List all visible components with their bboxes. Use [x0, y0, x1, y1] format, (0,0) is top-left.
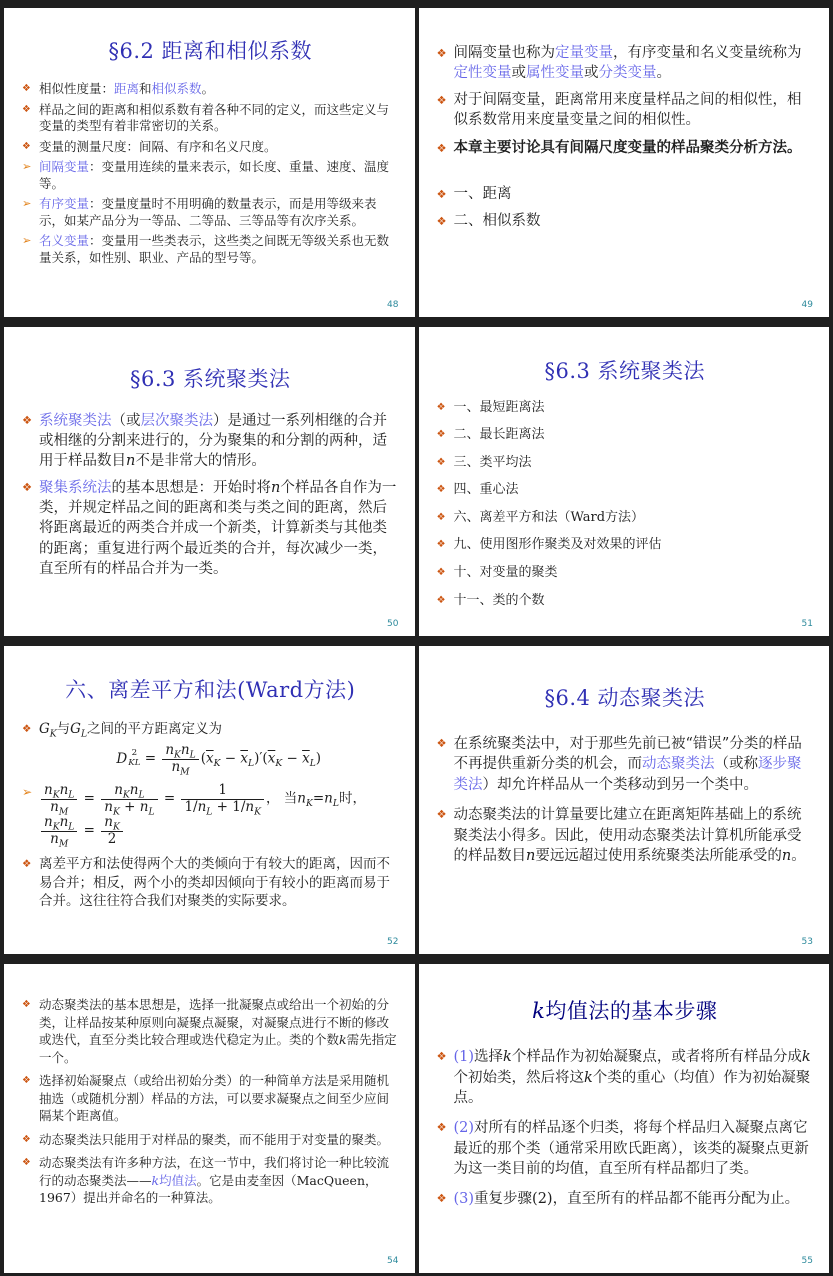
arrow-bullet-icon: ➢ [22, 196, 39, 212]
text-run: 不是非常大的情形。 [135, 453, 266, 469]
page-number: 51 [802, 619, 813, 629]
diamond-bullet-icon: ❖ [22, 102, 39, 117]
bullet-text: 选择初始凝聚点（或给出初始分类）的一种简单方法是采用随机抽选（或随机分割）样品的… [39, 1072, 399, 1125]
highlighted-term: k [152, 1173, 160, 1188]
bullet-item: ❖间隔变量也称为定量变量，有序变量和名义变量统称为定性变量或属性变量或分类变量。 [437, 44, 814, 83]
text-run: k [584, 1070, 593, 1086]
text-run: ) [316, 751, 321, 767]
highlighted-term: 均值法 [159, 1173, 197, 1188]
slide-body: ❖在系统聚类法中，对于那些先前已被“错误”分类的样品不再提供重新分类的机会，而动… [437, 734, 814, 867]
text-run: 与 [57, 721, 71, 737]
bullet-text: 对于间隔变量，距离常用来度量样品之间的相似性，相似系数常用来度量变量之间的相似性… [454, 91, 814, 130]
bullet-item: ❖九、使用图形作聚类及对效果的评估 [437, 536, 814, 554]
bullet-text: 二、最长距离法 [454, 426, 814, 444]
text-run: 时， [339, 791, 366, 807]
slide-title: §6.3 系统聚类法 [437, 355, 814, 385]
text-run: 。 [202, 81, 215, 96]
diamond-bullet-icon: ❖ [22, 478, 39, 496]
subscript: M [180, 766, 189, 777]
highlighted-term: 距离 [114, 81, 139, 96]
bullet-text: 变量的测量尺度：间隔、有序和名义尺度。 [39, 139, 399, 156]
diamond-bullet-icon: ❖ [437, 185, 454, 202]
diamond-bullet-icon: ❖ [437, 139, 454, 156]
text-run: 要远远超过使用系统聚类法所能承受的 [535, 848, 782, 864]
text-run: n [171, 759, 180, 775]
bullet-text: 离差平方和法使得两个大的类倾向于有较大的距离，因而不易合并；相反，两个小的类却因… [39, 855, 399, 911]
text-run: = [160, 791, 180, 807]
formula-line: D2KL = nKnLnM(xK − xL)′(xK − xL) [22, 743, 399, 775]
slide-49: ❖间隔变量也称为定量变量，有序变量和名义变量统称为定性变量或属性变量或分类变量。… [419, 8, 830, 317]
text-run: 均值法的基本步骤 [545, 999, 717, 1023]
bullet-text: GK与GL之间的平方距离定义为 [39, 720, 399, 739]
fraction: 11/nL + 1/nK [181, 783, 264, 815]
highlighted-term: 动态聚类法 [642, 756, 715, 772]
mean-vector-symbol: x [206, 751, 214, 767]
highlighted-term: (1) [454, 1049, 475, 1065]
text-run: §6.3 系统聚类法 [544, 359, 705, 383]
diamond-bullet-icon: ❖ [22, 1154, 39, 1170]
text-run: （或 [112, 413, 141, 429]
text-run: 一、距离 [454, 186, 512, 202]
highlighted-term: 层次聚类法 [141, 413, 214, 429]
diamond-bullet-icon: ❖ [22, 996, 39, 1012]
bullet-text: 样品之间的距离和相似系数有着各种不同的定义，而这些定义与变量的类型有着非常密切的… [39, 102, 399, 135]
slide-title: k均值法的基本步骤 [437, 995, 814, 1025]
bullet-text: 四、重心法 [454, 481, 814, 499]
highlighted-term: 定量变量 [555, 45, 613, 61]
highlighted-term: (3) [454, 1191, 475, 1207]
text-run: k [339, 1032, 347, 1047]
bullet-item: ❖样品之间的距离和相似系数有着各种不同的定义，而这些定义与变量的类型有着非常密切… [22, 102, 399, 135]
text-run: 或 [584, 65, 599, 81]
diamond-bullet-icon: ❖ [437, 481, 454, 497]
text-run: 选择 [474, 1049, 503, 1065]
diamond-bullet-icon: ❖ [437, 536, 454, 552]
text-run: n [126, 453, 135, 469]
bullet-item: ❖在系统聚类法中，对于那些先前已被“错误”分类的样品不再提供重新分类的机会，而动… [437, 734, 814, 796]
text-run: ）却允许样品从一个类移动到另一个类中。 [483, 777, 759, 793]
text-run: §6.4 动态聚类法 [544, 686, 705, 710]
diamond-bullet-icon: ❖ [437, 454, 454, 470]
fraction: nK2 [101, 815, 123, 847]
text-run: 二、相似系数 [454, 213, 541, 229]
bullet-text: 一、距离 [454, 185, 814, 205]
text-run: 二、最长距离法 [454, 427, 545, 442]
subscript: K [254, 806, 261, 817]
text-run: 选择初始凝聚点（或给出初始分类）的一种简单方法是采用随机抽选（或随机分割）样品的… [39, 1073, 389, 1123]
text-run: n [60, 782, 69, 798]
highlighted-term: 系统聚类法 [39, 413, 112, 429]
text-run: 十一、类的个数 [454, 593, 545, 608]
diamond-bullet-icon: ❖ [437, 805, 454, 823]
text-run: = [79, 791, 99, 807]
bullet-text: 系统聚类法（或层次聚类法）是通过一系列相继的合并或相继的分割来进行的，分为聚集的… [39, 411, 399, 472]
bullet-text: 本章主要讨论具有间隔尺度变量的样品聚类分析方法。 [454, 139, 814, 159]
text-run: n [44, 782, 53, 798]
text-run: k [802, 1049, 811, 1065]
highlighted-term: 定性变量 [454, 65, 512, 81]
text-run: 的基本思想是：开始时将 [112, 480, 272, 496]
text-run: n [50, 831, 59, 847]
text-run: = [140, 751, 160, 767]
slide-48: §6.2 距离和相似系数❖相似性度量：距离和相似系数。❖样品之间的距离和相似系数… [4, 8, 415, 317]
text-run: 样品之间的距离和相似系数有着各种不同的定义，而这些定义与变量的类型有着非常密切的… [39, 102, 389, 134]
fraction: nKnLnM [162, 743, 198, 775]
bullet-text: 聚集系统法的基本思想是：开始时将n个样品各自作为一类，并规定样品之间的距离和类与… [39, 478, 399, 579]
text-run: + 1/ [212, 799, 245, 815]
fraction: nKnLnK + nL [101, 783, 157, 815]
text-run: ，有序变量和名义变量统称为 [613, 45, 802, 61]
bullet-item: ❖动态聚类法的计算量要比建立在距离矩阵基础上的系统聚类法小得多。因此，使用动态聚… [437, 805, 814, 867]
text-run: 对所有的样品逐个归类，将每个样品归入凝聚点离它最近的那个类（通常采用欧氏距离），… [454, 1120, 809, 1177]
text-run: n [181, 742, 190, 758]
text-run: 个样品作为初始凝聚点，或者将所有样品分成 [512, 1049, 802, 1065]
text-run: n [104, 799, 113, 815]
bullet-text: 名义变量：变量用一些类表示，这些类之间既无等级关系也无数量关系，如性别、职业、产… [39, 233, 399, 266]
slide-title: §6.3 系统聚类法 [22, 363, 399, 393]
text-run: n [114, 782, 123, 798]
text-run: 个初始类，然后将这 [454, 1070, 585, 1086]
text-run: − [220, 751, 240, 767]
slide-title: §6.4 动态聚类法 [437, 682, 814, 712]
mean-vector-symbol: x [240, 751, 248, 767]
slide-body: ❖GK与GL之间的平方距离定义为D2KL = nKnLnM(xK − xL)′(… [22, 720, 399, 912]
page-number: 52 [387, 937, 398, 947]
text-run: n [245, 799, 254, 815]
bullet-text: (1)选择k个样品作为初始凝聚点，或者将所有样品分成k个初始类，然后将这k个类的… [454, 1047, 814, 1109]
page-number: 53 [802, 937, 813, 947]
slide-50: §6.3 系统聚类法❖系统聚类法（或层次聚类法）是通过一系列相继的合并或相继的分… [4, 327, 415, 636]
arrow-bullet-icon: ➢ [22, 783, 39, 801]
slide-51: §6.3 系统聚类法❖一、最短距离法❖二、最长距离法❖三、类平均法❖四、重心法❖… [419, 327, 830, 636]
bullet-item: ❖变量的测量尺度：间隔、有序和名义尺度。 [22, 139, 399, 156]
bullet-item: ❖十、对变量的聚类 [437, 564, 814, 582]
diamond-bullet-icon: ❖ [437, 212, 454, 229]
slide-body: ❖系统聚类法（或层次聚类法）是通过一系列相继的合并或相继的分割来进行的，分为聚集… [22, 411, 399, 579]
text-run: 。 [657, 65, 672, 81]
text-run: − [282, 751, 302, 767]
bullet-text: 一、最短距离法 [454, 399, 814, 417]
diamond-bullet-icon: ❖ [437, 592, 454, 608]
diamond-bullet-icon: ❖ [22, 855, 39, 872]
arrow-bullet-icon: ➢ [22, 159, 39, 175]
slide-body: ❖相似性度量：距离和相似系数。❖样品之间的距离和相似系数有着各种不同的定义，而这… [22, 81, 399, 266]
highlighted-term: 聚集系统法 [39, 480, 112, 496]
text-run: 十、对变量的聚类 [454, 565, 558, 580]
highlighted-term: 名义变量 [39, 233, 89, 248]
bullet-text: 三、类平均法 [454, 454, 814, 472]
bullet-text: 相似性度量：距离和相似系数。 [39, 81, 399, 98]
text-run: + [120, 799, 140, 815]
diamond-bullet-icon: ❖ [22, 81, 39, 96]
text-run: n [782, 848, 791, 864]
text-run: 一、最短距离法 [454, 400, 545, 415]
diamond-bullet-icon: ❖ [437, 399, 454, 415]
text-run: 重复步骤(2)，直至所有的样品都不能再分配为止。 [474, 1191, 799, 1207]
text-run: 。 [791, 848, 806, 864]
bullet-text: (3)重复步骤(2)，直至所有的样品都不能再分配为止。 [454, 1189, 814, 1210]
slide-52: 六、离差平方和法(Ward方法)❖GK与GL之间的平方距离定义为D2KL = n… [4, 646, 415, 955]
text-run: ， 当 [266, 791, 297, 807]
text-run: 和 [139, 81, 152, 96]
text-run: 间隔变量也称为 [454, 45, 556, 61]
slide-54: ❖动态聚类法的基本思想是，选择一批凝聚点或给出一个初始的分类，让样品按某种原则向… [4, 964, 415, 1273]
bullet-item: ❖对于间隔变量，距离常用来度量样品之间的相似性，相似系数常用来度量变量之间的相似… [437, 91, 814, 130]
subscript: M [59, 838, 68, 849]
slide-title: §6.2 距离和相似系数 [22, 35, 399, 65]
bullet-text: 十、对变量的聚类 [454, 564, 814, 582]
bullet-text: 有序变量：变量度量时不用明确的数量表示，而是用等级来表示，如某产品分为一等品、二… [39, 196, 399, 229]
mean-vector-symbol: x [302, 751, 310, 767]
text-run: 之间的平方距离定义为 [87, 721, 222, 737]
bullet-item: ❖(2)对所有的样品逐个归类，将每个样品归入凝聚点离它最近的那个类（通常采用欧氏… [437, 1118, 814, 1180]
text-run: ：变量度量时不用明确的数量表示，而是用等级来表示，如某产品分为一等品、二等品、三… [39, 196, 377, 228]
slide-body: ❖间隔变量也称为定量变量，有序变量和名义变量统称为定性变量或属性变量或分类变量。… [437, 8, 814, 232]
text-run: G [39, 721, 50, 737]
text-run: )′( [254, 751, 268, 767]
bullet-text: (2)对所有的样品逐个归类，将每个样品归入凝聚点离它最近的那个类（通常采用欧氏距… [454, 1118, 814, 1180]
bullet-item: ❖二、相似系数 [437, 212, 814, 232]
bullet-item: ❖本章主要讨论具有间隔尺度变量的样品聚类分析方法。 [437, 139, 814, 159]
fraction: nKnLnM [41, 783, 77, 815]
diamond-bullet-icon: ❖ [22, 139, 39, 154]
text-run: n [198, 799, 207, 815]
text-run: k [503, 1049, 512, 1065]
text-run: n [60, 814, 69, 830]
arrow-bullet-icon: ➢ [22, 233, 39, 249]
text-run: n [324, 791, 333, 807]
bullet-text: 二、相似系数 [454, 212, 814, 232]
text-run: 六、离差平方和法(Ward方法) [65, 678, 355, 702]
slide-body: ❖动态聚类法的基本思想是，选择一批凝聚点或给出一个初始的分类，让样品按某种原则向… [22, 964, 399, 1207]
slide-body: ❖一、最短距离法❖二、最长距离法❖三、类平均法❖四、重心法❖六、离差平方和法（W… [437, 399, 814, 609]
text-run: 九、使用图形作聚类及对效果的评估 [454, 537, 662, 552]
diamond-bullet-icon: ❖ [22, 720, 39, 737]
highlighted-term: 间隔变量 [39, 159, 89, 174]
bullet-text: 动态聚类法的基本思想是，选择一批凝聚点或给出一个初始的分类，让样品按某种原则向凝… [39, 996, 399, 1066]
bullet-item: ❖一、距离 [437, 185, 814, 205]
text-run: = [313, 791, 324, 807]
text-run: n [44, 814, 53, 830]
text-run: k [532, 999, 545, 1023]
bullet-item: ❖(3)重复步骤(2)，直至所有的样品都不能再分配为止。 [437, 1189, 814, 1210]
page-number: 48 [387, 300, 398, 310]
bullet-item: ❖四、重心法 [437, 481, 814, 499]
diamond-bullet-icon: ❖ [437, 509, 454, 525]
fraction: nKnLnM [41, 815, 77, 847]
page-number: 49 [802, 300, 813, 310]
subscript: L [148, 806, 154, 817]
slide-body: ❖(1)选择k个样品作为初始凝聚点，或者将所有样品分成k个初始类，然后将这k个类… [437, 1047, 814, 1209]
page-number: 55 [802, 1256, 813, 1266]
diamond-bullet-icon: ❖ [437, 44, 454, 61]
sup-sub-term: D2KL [116, 749, 140, 768]
bullet-item: ❖聚集系统法的基本思想是：开始时将n个样品各自作为一类，并规定样品之间的距离和类… [22, 478, 399, 579]
diamond-bullet-icon: ❖ [437, 91, 454, 108]
subscript: K [50, 728, 57, 739]
text-run: G [70, 721, 81, 737]
bullet-text: 动态聚类法的计算量要比建立在距离矩阵基础上的系统聚类法小得多。因此，使用动态聚类… [454, 805, 814, 867]
bullet-text: nKnLnM = nKnLnK + nL = 11/nL + 1/nK， 当nK… [39, 783, 399, 847]
highlighted-term: 属性变量 [526, 65, 584, 81]
subscript: K [306, 798, 313, 809]
highlighted-term: 相似系数 [152, 81, 202, 96]
diamond-bullet-icon: ❖ [437, 564, 454, 580]
bullet-item: ➢间隔变量：变量用连续的量来表示，如长度、重量、速度、温度等。 [22, 159, 399, 192]
bullet-item: ❖相似性度量：距离和相似系数。 [22, 81, 399, 98]
bullet-text: 动态聚类法有许多种方法，在这一节中，我们将讨论一种比较流行的动态聚类法——k均值… [39, 1154, 399, 1207]
text-run: 本章主要讨论具有间隔尺度变量的样品聚类分析方法。 [454, 140, 802, 156]
text-run: n [297, 791, 306, 807]
text-run: 2 [108, 831, 117, 847]
text-run: 变量的测量尺度：间隔、有序和名义尺度。 [39, 139, 277, 154]
text-run: = [79, 823, 99, 839]
text-run: 三、类平均法 [454, 455, 532, 470]
text-run: 六、离差平方和法（Ward方法） [454, 510, 645, 525]
bullet-item: ➢有序变量：变量度量时不用明确的数量表示，而是用等级来表示，如某产品分为一等品、… [22, 196, 399, 229]
bullet-item: ❖动态聚类法只能用于对样品的聚类，而不能用于对变量的聚类。 [22, 1131, 399, 1149]
bullet-item: ➢名义变量：变量用一些类表示，这些类之间既无等级关系也无数量关系，如性别、职业、… [22, 233, 399, 266]
text-run: 1 [218, 782, 227, 798]
text-run: 或 [512, 65, 527, 81]
bullet-item: ❖选择初始凝聚点（或给出初始分类）的一种简单方法是采用随机抽选（或随机分割）样品… [22, 1072, 399, 1125]
bullet-text: 九、使用图形作聚类及对效果的评估 [454, 536, 814, 554]
diamond-bullet-icon: ❖ [437, 426, 454, 442]
text-run: 对于间隔变量，距离常用来度量样品之间的相似性，相似系数常用来度量变量之间的相似性… [454, 92, 802, 128]
page-number: 50 [387, 619, 398, 629]
bullet-item: ❖十一、类的个数 [437, 592, 814, 610]
text-run: 动态聚类法的基本思想是，选择一批凝聚点或给出一个初始的分类，让样品按某种原则向凝… [39, 997, 389, 1047]
highlighted-term: 有序变量 [39, 196, 89, 211]
text-run: 四、重心法 [454, 482, 519, 497]
text-run: 相似性度量： [39, 81, 114, 96]
bullet-item: ❖离差平方和法使得两个大的类倾向于有较大的距离，因而不易合并；相反，两个小的类却… [22, 855, 399, 911]
page-number: 54 [387, 1256, 398, 1266]
formula-line: ➢nKnLnM = nKnLnK + nL = 11/nL + 1/nK， 当n… [22, 783, 399, 847]
bullet-item: ❖GK与GL之间的平方距离定义为 [22, 720, 399, 739]
text-run: n [104, 814, 113, 830]
text-run: 动态聚类法只能用于对样品的聚类，而不能用于对变量的聚类。 [39, 1132, 389, 1147]
slides-grid: §6.2 距离和相似系数❖相似性度量：距离和相似系数。❖样品之间的距离和相似系数… [0, 0, 833, 1276]
diamond-bullet-icon: ❖ [437, 1047, 454, 1065]
text-run: ：变量用一些类表示，这些类之间既无等级关系也无数量关系，如性别、职业、产品的型号… [39, 233, 389, 265]
text-run: ：变量用连续的量来表示，如长度、重量、速度、温度等。 [39, 159, 389, 191]
diamond-bullet-icon: ❖ [22, 1072, 39, 1088]
bullet-text: 十一、类的个数 [454, 592, 814, 610]
text-run: 离差平方和法使得两个大的类倾向于有较大的距离，因而不易合并；相反，两个小的类却因… [39, 856, 390, 909]
slide-55: k均值法的基本步骤❖(1)选择k个样品作为初始凝聚点，或者将所有样品分成k个初始… [419, 964, 830, 1273]
diamond-bullet-icon: ❖ [22, 1131, 39, 1147]
text-run: n [526, 848, 535, 864]
bullet-item: ❖(1)选择k个样品作为初始凝聚点，或者将所有样品分成k个初始类，然后将这k个类… [437, 1047, 814, 1109]
bullet-text: 动态聚类法只能用于对样品的聚类，而不能用于对变量的聚类。 [39, 1131, 399, 1149]
bullet-item: ❖动态聚类法有许多种方法，在这一节中，我们将讨论一种比较流行的动态聚类法——k均… [22, 1154, 399, 1207]
text-run: n [165, 742, 174, 758]
text-run: n [271, 480, 280, 496]
bullet-text: D2KL = nKnLnM(xK − xL)′(xK − xL) [39, 743, 399, 775]
bullet-item: ❖动态聚类法的基本思想是，选择一批凝聚点或给出一个初始的分类，让样品按某种原则向… [22, 996, 399, 1066]
bullet-text: 间隔变量：变量用连续的量来表示，如长度、重量、速度、温度等。 [39, 159, 399, 192]
bullet-text: 间隔变量也称为定量变量，有序变量和名义变量统称为定性变量或属性变量或分类变量。 [454, 44, 814, 83]
text-run: （或称 [715, 756, 759, 772]
bullet-item: ❖六、离差平方和法（Ward方法） [437, 509, 814, 527]
diamond-bullet-icon: ❖ [22, 411, 39, 429]
bullet-text: 在系统聚类法中，对于那些先前已被“错误”分类的样品不再提供重新分类的机会，而动态… [454, 734, 814, 796]
bullet-item: ❖三、类平均法 [437, 454, 814, 472]
text-run: n [50, 799, 59, 815]
text-run: §6.2 距离和相似系数 [108, 39, 312, 63]
bullet-item: ❖系统聚类法（或层次聚类法）是通过一系列相继的合并或相继的分割来进行的，分为聚集… [22, 411, 399, 472]
diamond-bullet-icon: ❖ [437, 1189, 454, 1207]
highlighted-term: (2) [454, 1120, 475, 1136]
highlighted-term: 分类变量 [599, 65, 657, 81]
diamond-bullet-icon: ❖ [437, 734, 454, 752]
bullet-item: ❖一、最短距离法 [437, 399, 814, 417]
slide-53: §6.4 动态聚类法❖在系统聚类法中，对于那些先前已被“错误”分类的样品不再提供… [419, 646, 830, 955]
bullet-text: 六、离差平方和法（Ward方法） [454, 509, 814, 527]
diamond-bullet-icon: ❖ [437, 1118, 454, 1136]
slide-title: 六、离差平方和法(Ward方法) [22, 674, 399, 704]
text-run: 1/ [184, 799, 197, 815]
bullet-item: ❖二、最长距离法 [437, 426, 814, 444]
text-run: §6.3 系统聚类法 [130, 367, 291, 391]
